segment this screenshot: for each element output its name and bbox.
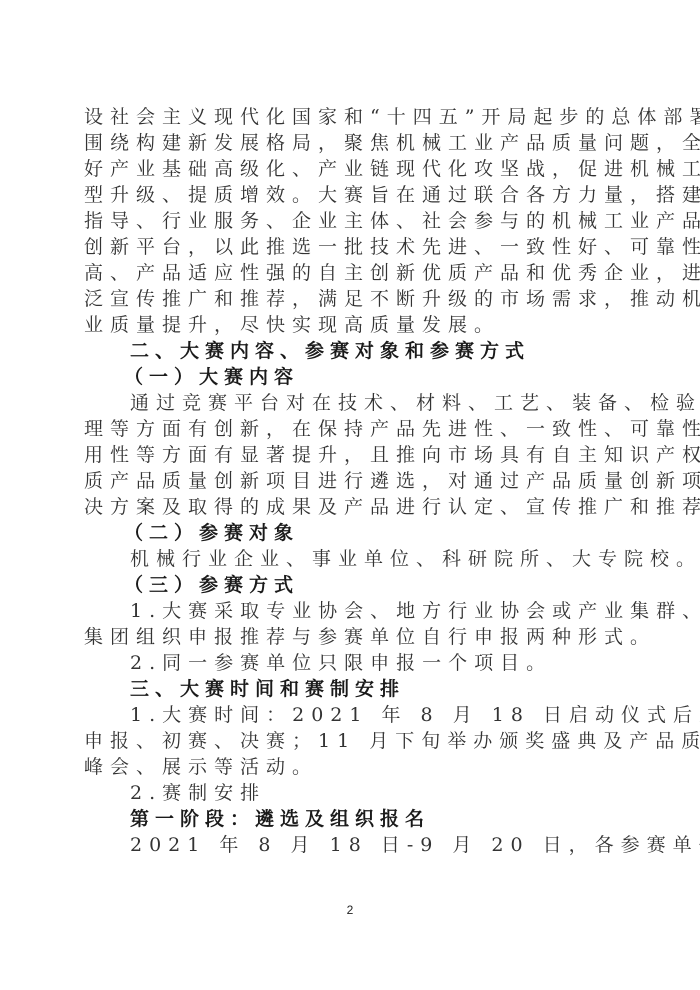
text-line: 型升级、提质增效。大赛旨在通过联合各方力量，搭建政府 <box>84 182 616 208</box>
intro-paragraph: 设社会主义现代化国家和“十四五”开局起步的总体部署， 围绕构建新发展格局，聚焦机… <box>84 104 616 338</box>
document-page: 设社会主义现代化国家和“十四五”开局起步的总体部署， 围绕构建新发展格局，聚焦机… <box>84 104 616 858</box>
stage-one-heading: 第一阶段：遴选及组织报名 <box>84 806 616 832</box>
method-item-2: 2.同一参赛单位只限申报一个项目。 <box>84 650 616 676</box>
schedule-item-2: 2.赛制安排 <box>84 780 616 806</box>
text-line: 理等方面有创新，在保持产品先进性、一致性、可靠性、适 <box>84 416 616 442</box>
text-line: 2021 年 8 月 18 日-9 月 20 日，各参赛单位在网上填报 <box>84 832 616 858</box>
section-heading-2: 二、大赛内容、参赛对象和参赛方式 <box>84 338 616 364</box>
text-line: 机械行业企业、事业单位、科研院所、大专院校。 <box>84 546 616 572</box>
text-line: 集团组织申报推荐与参赛单位自行申报两种形式。 <box>84 624 616 650</box>
participants-paragraph: 机械行业企业、事业单位、科研院所、大专院校。 <box>84 546 616 572</box>
text-line: 用性等方面有显著提升，且推向市场具有自主知识产权的优 <box>84 442 616 468</box>
section-heading-3: 三、大赛时间和赛制安排 <box>84 676 616 702</box>
text-line: 好产业基础高级化、产业链现代化攻坚战，促进机械工业转 <box>84 156 616 182</box>
text-line: 1.大赛采取专业协会、地方行业协会或产业集群、国机 <box>84 598 616 624</box>
page-number: 2 <box>0 903 700 917</box>
method-item-1: 1.大赛采取专业协会、地方行业协会或产业集群、国机 集团组织申报推荐与参赛单位自… <box>84 598 616 650</box>
contest-content-paragraph: 通过竞赛平台对在技术、材料、工艺、装备、检验和管 理等方面有创新，在保持产品先进… <box>84 390 616 520</box>
schedule-item-1: 1.大赛时间：2021 年 8 月 18 日启动仪式后至 10 月进行 申报、初… <box>84 702 616 780</box>
text-line: 泛宣传推广和推荐，满足不断升级的市场需求，推动机械工 <box>84 286 616 312</box>
subheading-participation-method: （三）参赛方式 <box>84 572 616 598</box>
text-line: 通过竞赛平台对在技术、材料、工艺、装备、检验和管 <box>84 390 616 416</box>
text-line: 峰会、展示等活动。 <box>84 754 616 780</box>
subheading-participants: （二）参赛对象 <box>84 520 616 546</box>
text-line: 业质量提升，尽快实现高质量发展。 <box>84 312 616 338</box>
text-line: 2.赛制安排 <box>84 780 616 806</box>
text-line: 1.大赛时间：2021 年 8 月 18 日启动仪式后至 10 月进行 <box>84 702 616 728</box>
text-line: 指导、行业服务、企业主体、社会参与的机械工业产品质量 <box>84 208 616 234</box>
text-line: 高、产品适应性强的自主创新优质产品和优秀企业，进行广 <box>84 260 616 286</box>
text-line: 设社会主义现代化国家和“十四五”开局起步的总体部署， <box>84 104 616 130</box>
text-line: 决方案及取得的成果及产品进行认定、宣传推广和推荐。 <box>84 494 616 520</box>
stage-one-paragraph: 2021 年 8 月 18 日-9 月 20 日，各参赛单位在网上填报 <box>84 832 616 858</box>
text-line: 2.同一参赛单位只限申报一个项目。 <box>84 650 616 676</box>
text-line: 质产品质量创新项目进行遴选，对通过产品质量创新项目解 <box>84 468 616 494</box>
text-line: 围绕构建新发展格局，聚焦机械工业产品质量问题，全力打 <box>84 130 616 156</box>
text-line: 创新平台，以此推选一批技术先进、一致性好、可靠性水平 <box>84 234 616 260</box>
text-line: 申报、初赛、决赛；11 月下旬举办颁奖盛典及产品质量创新 <box>84 728 616 754</box>
subheading-contest-content: （一）大赛内容 <box>84 364 616 390</box>
